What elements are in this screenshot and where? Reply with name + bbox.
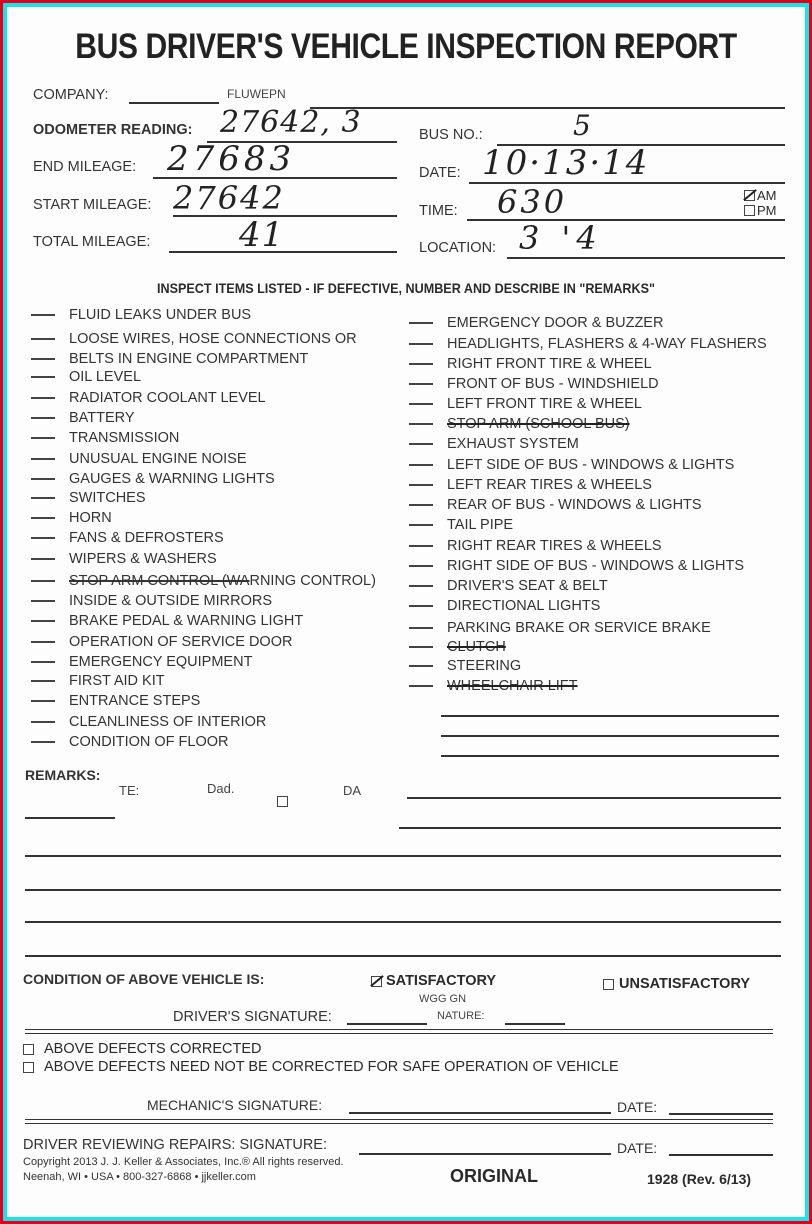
checklist-item-struck[interactable]: CLUTCH bbox=[409, 639, 506, 655]
checklist-item[interactable]: OPERATION OF SERVICE DOOR bbox=[31, 634, 292, 650]
check-blank[interactable] bbox=[409, 524, 433, 526]
remarks-line[interactable] bbox=[25, 889, 781, 891]
pm-checkbox[interactable] bbox=[744, 205, 755, 216]
check-blank[interactable] bbox=[31, 721, 55, 723]
condition-label: CONDITION OF ABOVE VEHICLE IS: bbox=[23, 971, 264, 987]
checklist-item[interactable]: EMERGENCY EQUIPMENT bbox=[31, 654, 252, 670]
struck-text: STOP ARM CONTROL (WA bbox=[69, 573, 249, 589]
inspection-form: BUS DRIVER'S VEHICLE INSPECTION REPORT C… bbox=[7, 7, 805, 1217]
mechanic-signature-label: MECHANIC'S SIGNATURE: bbox=[147, 1097, 322, 1113]
defects-corrected-label: ABOVE DEFECTS CORRECTED bbox=[44, 1041, 262, 1057]
satisfactory-checkbox[interactable] bbox=[371, 976, 382, 987]
checklist-item-struck[interactable]: STOP ARM (SCHOOL BUS) bbox=[409, 416, 630, 432]
remarks-line[interactable] bbox=[25, 817, 115, 819]
company-value[interactable]: FLUWEPN bbox=[227, 87, 286, 101]
check-blank[interactable] bbox=[31, 641, 55, 643]
check-blank[interactable] bbox=[409, 545, 433, 547]
check-blank[interactable] bbox=[31, 517, 55, 519]
check-blank[interactable] bbox=[31, 358, 55, 360]
checklist-item[interactable]: UNUSUAL ENGINE NOISE bbox=[31, 451, 247, 467]
checklist-item[interactable]: BRAKE PEDAL & WARNING LIGHT bbox=[31, 613, 303, 629]
check-blank[interactable] bbox=[31, 537, 55, 539]
mechanic-signature-line[interactable] bbox=[349, 1112, 611, 1114]
check-blank[interactable] bbox=[409, 464, 433, 466]
check-blank[interactable] bbox=[409, 403, 433, 405]
remarks-line[interactable] bbox=[407, 797, 781, 799]
driver-signature-label: DRIVER'S SIGNATURE: bbox=[173, 1009, 332, 1025]
check-blank[interactable] bbox=[409, 585, 433, 587]
driver-review-date-label: DATE: bbox=[617, 1140, 657, 1156]
checklist-item[interactable]: HEADLIGHTS, FLASHERS & 4-WAY FLASHERS bbox=[409, 336, 767, 352]
check-blank[interactable] bbox=[31, 580, 55, 582]
checklist-item[interactable]: BELTS IN ENGINE COMPARTMENT bbox=[31, 351, 308, 367]
copyright-text: Copyright 2013 J. J. Keller & Associates… bbox=[23, 1156, 344, 1168]
unsatisfactory-label: UNSATISFACTORY bbox=[619, 976, 750, 992]
remarks-line[interactable] bbox=[399, 827, 781, 829]
checklist-item[interactable]: SWITCHES bbox=[31, 490, 146, 506]
total-mileage-label: TOTAL MILEAGE: bbox=[33, 234, 150, 250]
remarks-fragment: DA bbox=[343, 783, 361, 798]
checklist-item[interactable]: CLEANLINESS OF INTERIOR bbox=[31, 714, 266, 730]
checklist-item[interactable]: LEFT FRONT TIRE & WHEEL bbox=[409, 396, 642, 412]
remarks-fragment: Dad. bbox=[207, 781, 234, 796]
checklist-item-struck[interactable]: WHEELCHAIR LIFT bbox=[409, 678, 578, 694]
defects-corrected-option[interactable]: ABOVE DEFECTS CORRECTED bbox=[23, 1041, 262, 1057]
defects-not-needed-label: ABOVE DEFECTS NEED NOT BE CORRECTED FOR … bbox=[44, 1059, 619, 1075]
am-label: AM bbox=[757, 188, 777, 203]
total-mileage-value[interactable]: 41 bbox=[239, 215, 284, 255]
company-label: COMPANY: bbox=[33, 87, 108, 103]
extra-item-line[interactable] bbox=[441, 755, 779, 757]
satisfactory-label: SATISFACTORY bbox=[386, 973, 496, 989]
am-option[interactable]: AM bbox=[744, 188, 777, 203]
location-line bbox=[507, 257, 785, 259]
check-blank[interactable] bbox=[409, 627, 433, 629]
checklist-item[interactable]: WIPERS & WASHERS bbox=[31, 551, 217, 567]
checklist-item[interactable]: TRANSMISSION bbox=[31, 430, 179, 446]
checklist-item[interactable]: LOOSE WIRES, HOSE CONNECTIONS OR bbox=[31, 331, 357, 347]
bus-no-label: BUS NO.: bbox=[419, 127, 483, 143]
date-label: DATE: bbox=[419, 165, 461, 181]
end-mileage-value[interactable]: 27683 bbox=[167, 139, 295, 179]
time-label: TIME: bbox=[419, 203, 458, 219]
checklist-item[interactable]: RIGHT FRONT TIRE & WHEEL bbox=[409, 356, 652, 372]
check-blank[interactable] bbox=[409, 504, 433, 506]
company-line-a bbox=[129, 102, 219, 104]
inspect-heading: INSPECT ITEMS LISTED - IF DEFECTIVE, NUM… bbox=[47, 280, 765, 296]
check-blank[interactable] bbox=[409, 443, 433, 445]
section-divider bbox=[25, 1119, 773, 1124]
checklist-item[interactable]: EXHAUST SYSTEM bbox=[409, 436, 579, 452]
check-blank[interactable] bbox=[31, 417, 55, 419]
checklist-item[interactable]: BATTERY bbox=[31, 410, 135, 426]
checklist-item[interactable]: EMERGENCY DOOR & BUZZER bbox=[409, 315, 663, 331]
pm-label: PM bbox=[757, 203, 777, 218]
pm-option[interactable]: PM bbox=[744, 203, 777, 218]
check-blank[interactable] bbox=[409, 343, 433, 345]
checklist-item[interactable]: ENTRANCE STEPS bbox=[31, 693, 200, 709]
checklist-item[interactable]: FIRST AID KIT bbox=[31, 673, 165, 689]
checklist-item[interactable]: FANS & DEFROSTERS bbox=[31, 530, 224, 546]
start-mileage-value[interactable]: 27642 bbox=[173, 179, 285, 217]
check-blank[interactable] bbox=[31, 661, 55, 663]
check-blank[interactable] bbox=[31, 458, 55, 460]
company-line-b bbox=[310, 107, 785, 109]
page-title: BUS DRIVER'S VEHICLE INSPECTION REPORT bbox=[63, 27, 749, 67]
end-mileage-label: END MILEAGE: bbox=[33, 159, 136, 175]
remarks-label: REMARKS: bbox=[25, 767, 100, 783]
extra-item-line[interactable] bbox=[441, 735, 779, 737]
section-divider bbox=[25, 1029, 773, 1034]
checklist-item[interactable]: STEERING bbox=[409, 658, 521, 674]
check-blank[interactable] bbox=[409, 363, 433, 365]
checklist-item[interactable]: LEFT REAR TIRES & WHEELS bbox=[409, 477, 652, 493]
driver-review-signature-line[interactable] bbox=[359, 1153, 611, 1155]
check-blank[interactable] bbox=[409, 565, 433, 567]
defects-not-needed-checkbox[interactable] bbox=[23, 1062, 34, 1073]
check-blank[interactable] bbox=[409, 322, 433, 324]
checklist-item[interactable]: REAR OF BUS - WINDOWS & LIGHTS bbox=[409, 497, 702, 513]
checklist-item[interactable]: OIL LEVEL bbox=[31, 369, 141, 385]
checklist-item[interactable]: INSIDE & OUTSIDE MIRRORS bbox=[31, 593, 272, 609]
check-blank[interactable] bbox=[31, 314, 55, 316]
check-blank[interactable] bbox=[31, 397, 55, 399]
form-number: 1928 (Rev. 6/13) bbox=[647, 1171, 751, 1187]
checklist-item[interactable]: TAIL PIPE bbox=[409, 517, 513, 533]
check-blank[interactable] bbox=[31, 620, 55, 622]
remarks-box-icon bbox=[277, 796, 288, 807]
mechanic-date-label: DATE: bbox=[617, 1099, 657, 1115]
checklist-item[interactable]: STOP ARM CONTROL (WARNING CONTROL) bbox=[31, 573, 376, 589]
driver-review-date-line[interactable] bbox=[669, 1154, 773, 1156]
checklist-item[interactable]: CONDITION OF FLOOR bbox=[31, 734, 229, 750]
check-blank[interactable] bbox=[409, 605, 433, 607]
extra-item-line[interactable] bbox=[441, 715, 779, 717]
remarks-line[interactable] bbox=[25, 955, 781, 957]
check-blank[interactable] bbox=[31, 338, 55, 340]
unsatisfactory-option[interactable]: UNSATISFACTORY bbox=[603, 976, 750, 992]
defects-corrected-checkbox[interactable] bbox=[23, 1044, 34, 1055]
copy-type-label: ORIGINAL bbox=[450, 1166, 538, 1187]
location-value[interactable]: 3 '4 bbox=[519, 219, 603, 257]
address-text: Neenah, WI • USA • 800-327-6868 • jjkell… bbox=[23, 1171, 256, 1183]
remarks-fragment: TE: bbox=[119, 783, 139, 798]
signature-overlay-text: NATURE: bbox=[437, 1010, 484, 1022]
check-blank[interactable] bbox=[31, 700, 55, 702]
satisfactory-option[interactable]: SATISFACTORY bbox=[371, 973, 496, 989]
check-blank[interactable] bbox=[409, 665, 433, 667]
checklist-item[interactable]: FLUID LEAKS UNDER BUS bbox=[31, 307, 251, 323]
am-checkbox[interactable] bbox=[744, 190, 755, 201]
driver-signature-line[interactable] bbox=[347, 1023, 427, 1025]
checklist-item[interactable]: RIGHT SIDE OF BUS - WINDOWS & LIGHTS bbox=[409, 558, 744, 574]
remarks-line[interactable] bbox=[25, 855, 781, 857]
checklist-item[interactable]: FRONT OF BUS - WINDSHIELD bbox=[409, 376, 659, 392]
signature-overlay-text: WGG GN bbox=[419, 993, 466, 1005]
check-blank[interactable] bbox=[409, 423, 433, 425]
check-blank[interactable] bbox=[31, 478, 55, 480]
defects-not-needed-option[interactable]: ABOVE DEFECTS NEED NOT BE CORRECTED FOR … bbox=[23, 1059, 619, 1075]
checklist-item[interactable]: RADIATOR COOLANT LEVEL bbox=[31, 390, 266, 406]
checklist-item[interactable]: HORN bbox=[31, 510, 112, 526]
unsatisfactory-checkbox[interactable] bbox=[603, 979, 614, 990]
check-blank[interactable] bbox=[409, 383, 433, 385]
bus-no-value[interactable]: 5 bbox=[573, 109, 592, 142]
check-blank[interactable] bbox=[31, 497, 55, 499]
date-value[interactable]: 10·13·14 bbox=[482, 143, 649, 183]
driver-signature-line[interactable] bbox=[505, 1023, 565, 1025]
check-blank[interactable] bbox=[409, 484, 433, 486]
check-blank[interactable] bbox=[31, 376, 55, 378]
check-blank[interactable] bbox=[409, 646, 433, 648]
odometer-label: ODOMETER READING: bbox=[33, 122, 193, 138]
checklist-item[interactable]: LEFT SIDE OF BUS - WINDOWS & LIGHTS bbox=[409, 457, 734, 473]
checklist-item[interactable]: RIGHT REAR TIRES & WHEELS bbox=[409, 538, 662, 554]
driver-review-signature-label: DRIVER REVIEWING REPAIRS: SIGNATURE: bbox=[23, 1137, 327, 1153]
check-blank[interactable] bbox=[409, 685, 433, 687]
checklist-item[interactable]: GAUGES & WARNING LIGHTS bbox=[31, 471, 275, 487]
checklist-item[interactable]: PARKING BRAKE OR SERVICE BRAKE bbox=[409, 620, 711, 636]
check-blank[interactable] bbox=[31, 680, 55, 682]
odometer-value[interactable]: 27642, 3 bbox=[220, 105, 362, 140]
check-blank[interactable] bbox=[31, 600, 55, 602]
time-value[interactable]: 630 bbox=[497, 183, 567, 221]
checklist-item[interactable]: DIRECTIONAL LIGHTS bbox=[409, 598, 600, 614]
check-blank[interactable] bbox=[31, 741, 55, 743]
remarks-line[interactable] bbox=[25, 921, 781, 923]
checklist-item[interactable]: DRIVER'S SEAT & BELT bbox=[409, 578, 608, 594]
check-blank[interactable] bbox=[31, 437, 55, 439]
start-mileage-label: START MILEAGE: bbox=[33, 197, 151, 213]
mechanic-date-line[interactable] bbox=[669, 1113, 773, 1115]
location-label: LOCATION: bbox=[419, 240, 496, 256]
check-blank[interactable] bbox=[31, 558, 55, 560]
